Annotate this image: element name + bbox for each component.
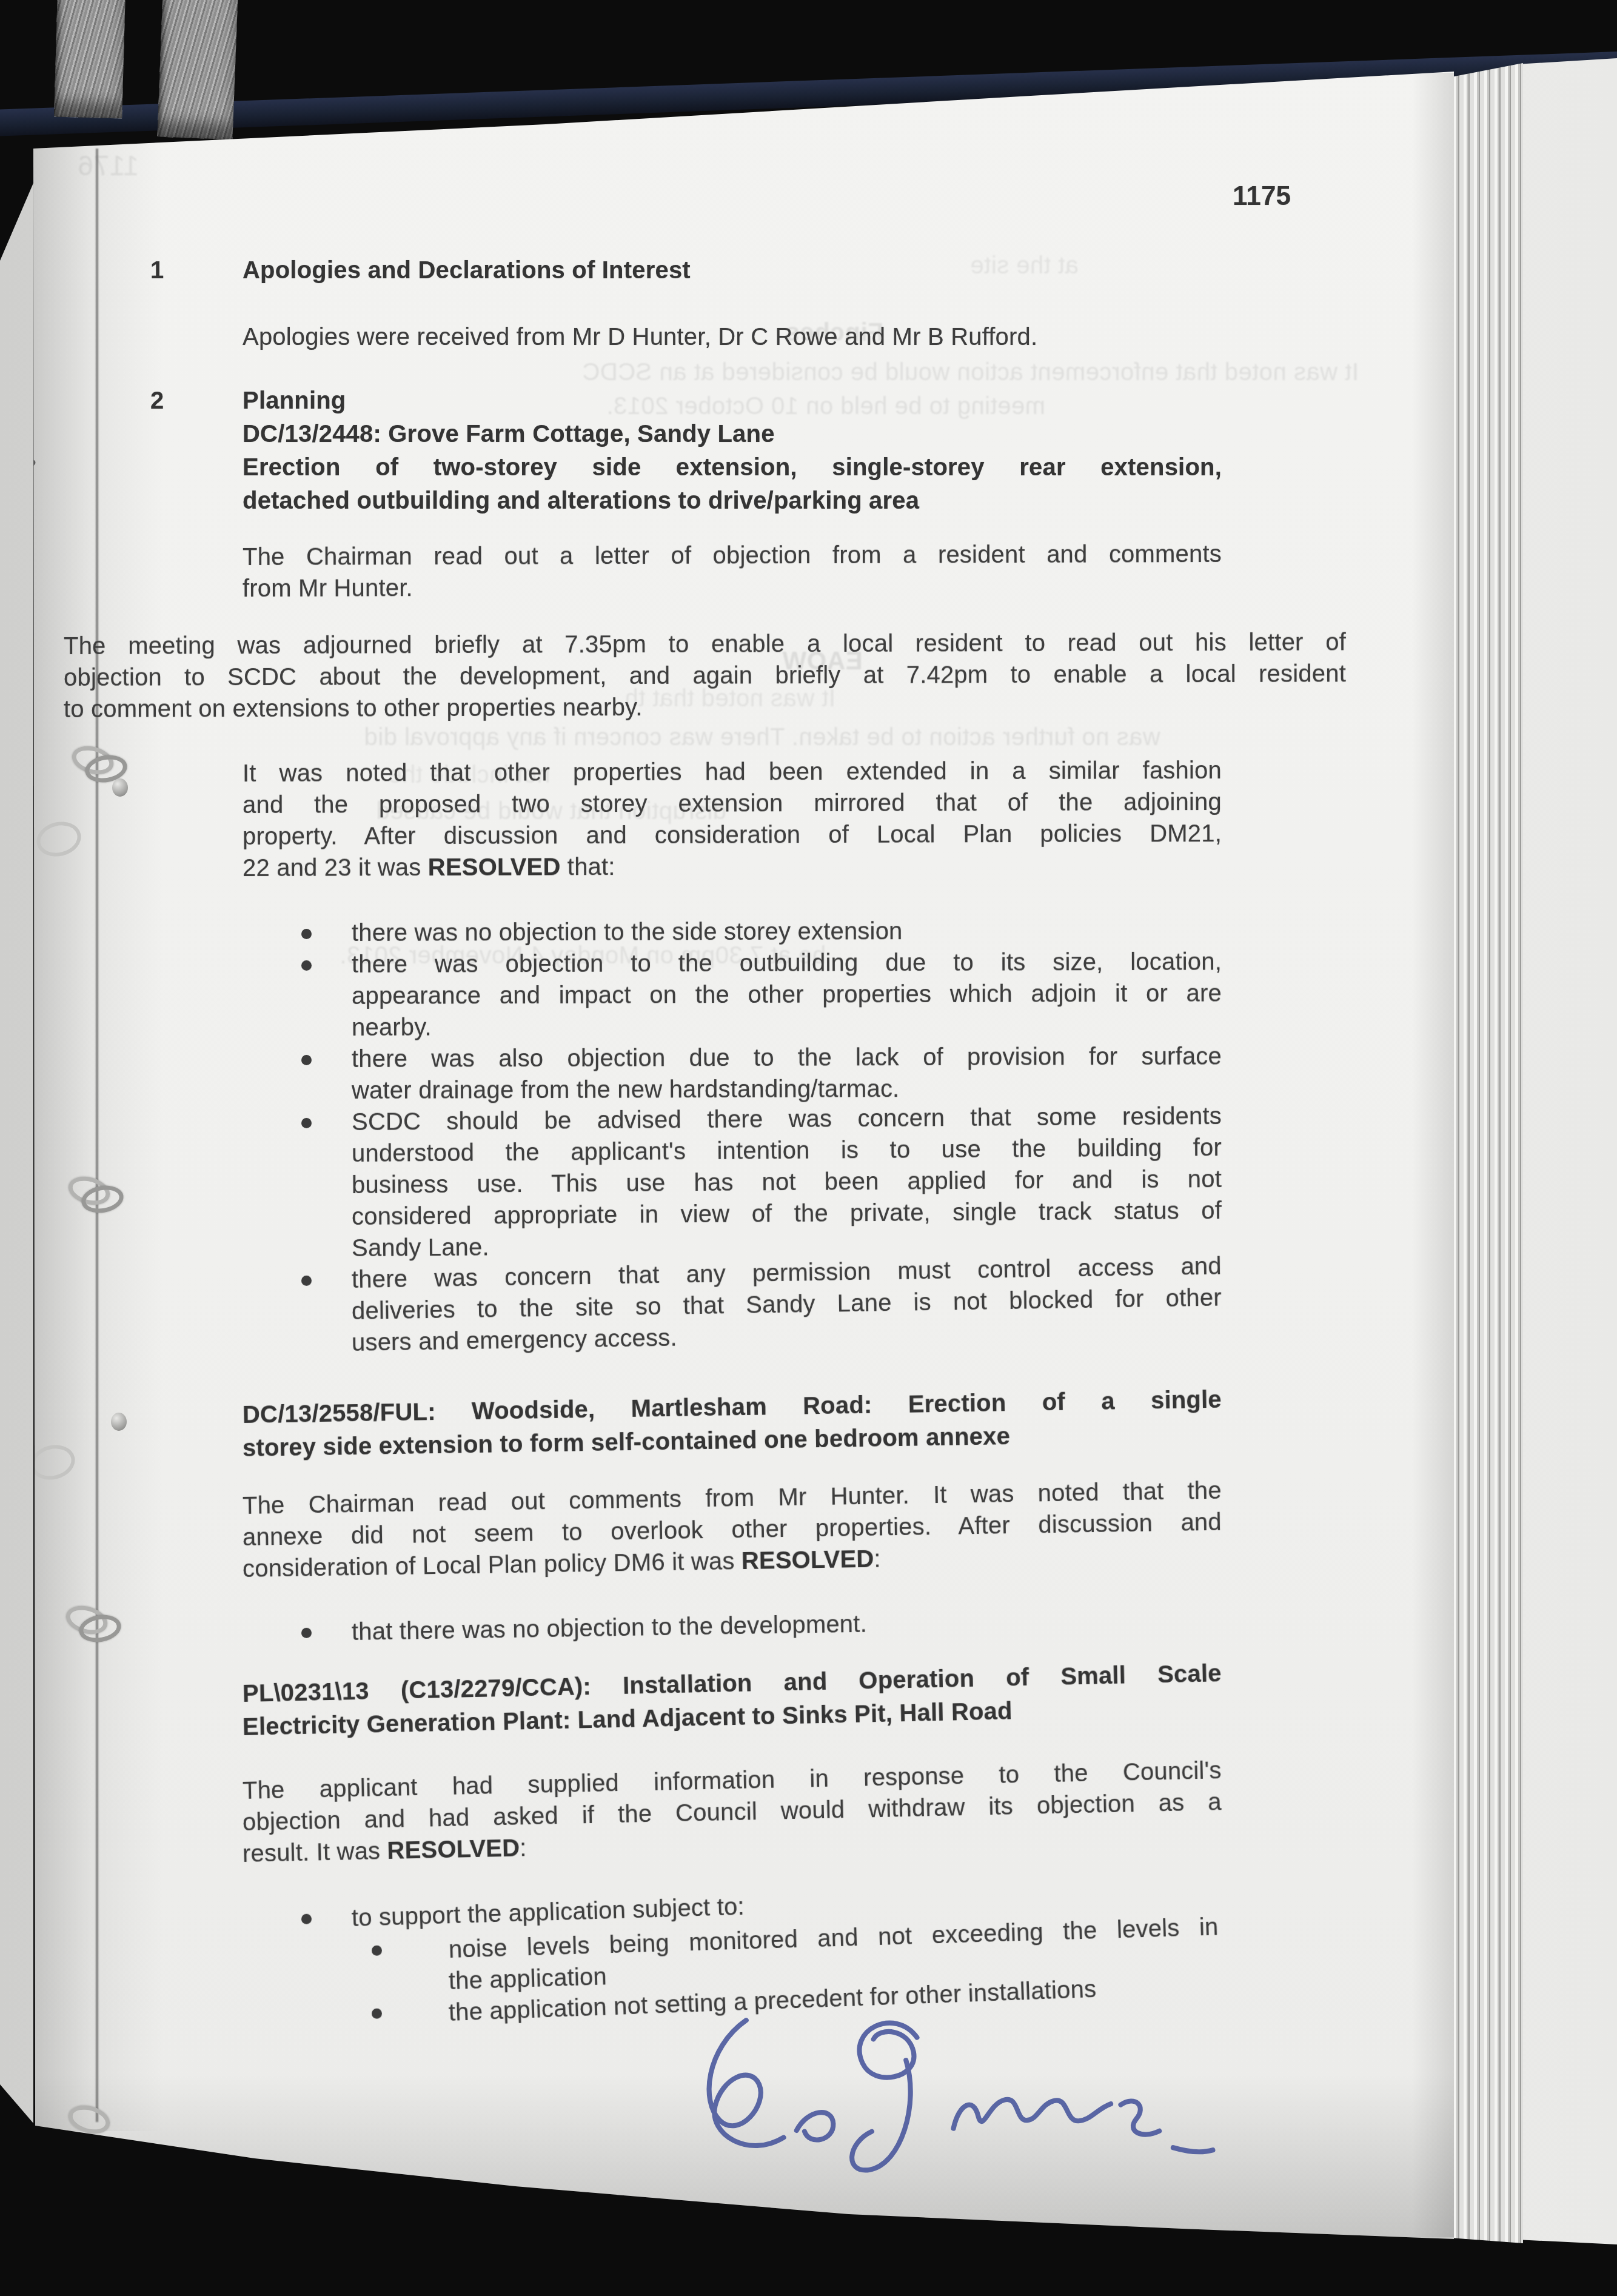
binding-bead: [112, 778, 128, 797]
section2-number: 2: [150, 385, 223, 417]
minutes-text-line: and the proposed two storey extension mi…: [243, 786, 1222, 821]
gutter-shadow: [33, 136, 164, 2131]
bullet-icon: [372, 1945, 382, 1955]
elastic-strap: [157, 0, 238, 139]
show-through-text: It was noted that enforcement action wou…: [582, 359, 1359, 386]
bullet-icon: [301, 960, 312, 971]
section1-title: Apologies and Declarations of Interest: [243, 255, 1222, 286]
eyelet-hole: [27, 1441, 78, 1484]
page-number: 1175: [1233, 181, 1414, 212]
show-through-text: was no further action to be taken. There…: [364, 724, 1160, 751]
minutes-text-line: to comment on extensions to other proper…: [64, 689, 1346, 725]
application-heading: DC/13/2448: Grove Farm Cottage, Sandy La…: [243, 418, 1222, 450]
text-segment: :: [520, 1835, 527, 1861]
bullet-text-line: that there was no objection to the devel…: [352, 1602, 1222, 1648]
page-right-shadow: [1411, 73, 1454, 2237]
bullet-text-line: there was also objection due to the lack…: [352, 1040, 1222, 1075]
text-segment: :: [874, 1545, 881, 1572]
minutes-page: Th ed 1176 at the site Finches It was no…: [0, 0, 1617, 2296]
bullet-icon: [301, 1628, 312, 1638]
bullet-text-line: appearance and impact on the other prope…: [352, 977, 1222, 1012]
bullet-icon: [372, 2008, 383, 2019]
signature-ink: [606, 1986, 1219, 2197]
gutter-crease-line: [96, 149, 98, 2122]
bullet-icon: [301, 1276, 312, 1286]
show-through-text: 1176: [78, 149, 139, 182]
minutes-text-line: objection to SCDC about the development,…: [64, 658, 1346, 694]
bullet-text-line: nearby.: [352, 1009, 1222, 1043]
text-segment: consideration of Local Plan policy DM6 i…: [243, 1548, 742, 1582]
minutes-text-line: property. After discussion and considera…: [243, 818, 1222, 852]
minutes-text-line: 22 and 23 it was RESOLVED that:: [243, 849, 1222, 884]
binding-bead: [111, 1413, 127, 1431]
bullet-icon: [301, 1913, 312, 1924]
minutes-text-line: from Mr Hunter.: [243, 570, 1222, 604]
minutes-text-line: Apologies were received from Mr D Hunter…: [243, 321, 1222, 353]
text-segment: 22 and 23 it was: [243, 854, 428, 882]
bullet-icon: [301, 1118, 312, 1128]
minutes-text-line: The Chairman read out a letter of object…: [243, 538, 1222, 573]
resolved-keyword: RESOLVED: [387, 1835, 520, 1864]
eyelet-hole: [33, 817, 84, 861]
bullet-icon: [301, 1055, 312, 1065]
bullet-text-line: there was objection to the outbuilding d…: [352, 946, 1222, 980]
application-heading-line: detached outbuilding and alterations to …: [243, 485, 1222, 517]
bullet-text-line: there was no objection to the side store…: [352, 914, 1222, 949]
application-heading-line: Erection of two-storey side extension, s…: [243, 452, 1222, 483]
binding-stitch: [65, 2101, 113, 2138]
text-segment: result. It was: [243, 1838, 387, 1867]
minutes-text-line: It was noted that other properties had b…: [243, 755, 1222, 789]
elastic-strap: [54, 0, 126, 119]
resolved-keyword: RESOLVED: [428, 854, 561, 881]
scanned-book-photo: Th ed 1176 at the site Finches It was no…: [0, 0, 1617, 2296]
text-segment: that:: [560, 854, 615, 880]
resolved-keyword: RESOLVED: [741, 1546, 874, 1575]
section1-number: 1: [150, 255, 223, 286]
section2-title: Planning: [243, 385, 1222, 417]
minutes-text-line: The meeting was adjourned briefly at 7.3…: [64, 626, 1346, 662]
bullet-icon: [301, 929, 312, 939]
